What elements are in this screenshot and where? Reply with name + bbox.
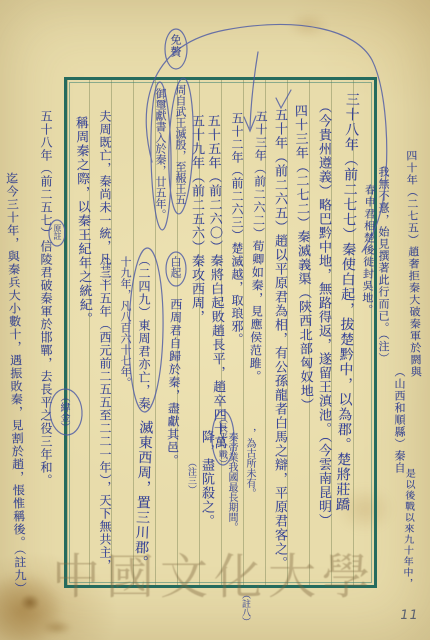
manuscript-column: 五十九年（前二五六）秦攻西周， [190, 114, 203, 324]
paper-stain [288, 12, 328, 38]
ink-stain [20, 594, 40, 611]
insertion-continuation: 十九年，凡八百六十七年。 [120, 256, 131, 388]
margin-annotation-right: 我無不憙，始見撰著此行而已。（注） [378, 166, 389, 365]
margin-annotation-right: 春申君相楚後徙封吳地。 [361, 184, 375, 316]
interlinear-note: ，為古所未有。 [244, 428, 254, 498]
circled-editor-note: 免贅 [170, 34, 181, 58]
margin-annotation-left: 五十八年（前二五七）信陵君破秦軍於邯鄲，去長平之役三年和。 [40, 110, 52, 487]
circled-reference: 原註 [53, 224, 61, 240]
circled-insertion: 周自武王滅殷，至赧王五 [175, 84, 186, 205]
ink-stain [42, 620, 72, 635]
margin-annotation-right: 是以後戰以來九十年中， [401, 468, 414, 589]
interlinear-note: 秦帝業我國最長期間。 [226, 432, 236, 532]
manuscript-column: 夫周既亡，秦尚未一統，凡三十五年（西元前二五五至二二一年），天下無共主， [99, 110, 111, 572]
note-reference: （注三） [186, 458, 195, 494]
margin-annotation-left: 迄今三十年，與秦兵大小數十，遇振敗秦，見割於趙，悵惟稱後。（註九） [6, 172, 27, 595]
manuscript-column: 五十年（前二六五）趙以平原君為相，有公孫龍者白馬之辯，平原君客之。 [273, 108, 286, 570]
manuscript-column-wrap: 降，盡阬殺之。 [200, 430, 213, 528]
margin-annotation-right: （山西和順縣）秦自 [394, 366, 405, 474]
circled-insertion: 白起 [170, 256, 181, 278]
circled-reference: （緯金） [58, 392, 68, 432]
manuscript-column: （今貴州遵義）略巴黔中地，無路得返，遂留王滇池。（今雲南昆明） [317, 100, 330, 528]
margin-annotation-right: 四十年（二七五）趙奢拒秦大破秦軍於閼與 [406, 150, 422, 378]
circled-note: （長平一戰） [217, 414, 226, 468]
footnote-reference: （註八） [240, 590, 249, 626]
page-number: 11 [399, 608, 420, 623]
manuscript-page: 中國文化大學 三十八年（前二七七）秦使白起，拔楚黔中，以為郡。楚將莊蹻 （今貴州… [0, 0, 430, 640]
manuscript-column: 五十二年（前二六三）楚滅越，取琅邪。 [231, 112, 243, 346]
manuscript-column: （二四九）東周君亦亡，秦 [138, 254, 150, 410]
circled-insertion: 御璽獻書入於秦，廿五年。 [155, 88, 166, 220]
